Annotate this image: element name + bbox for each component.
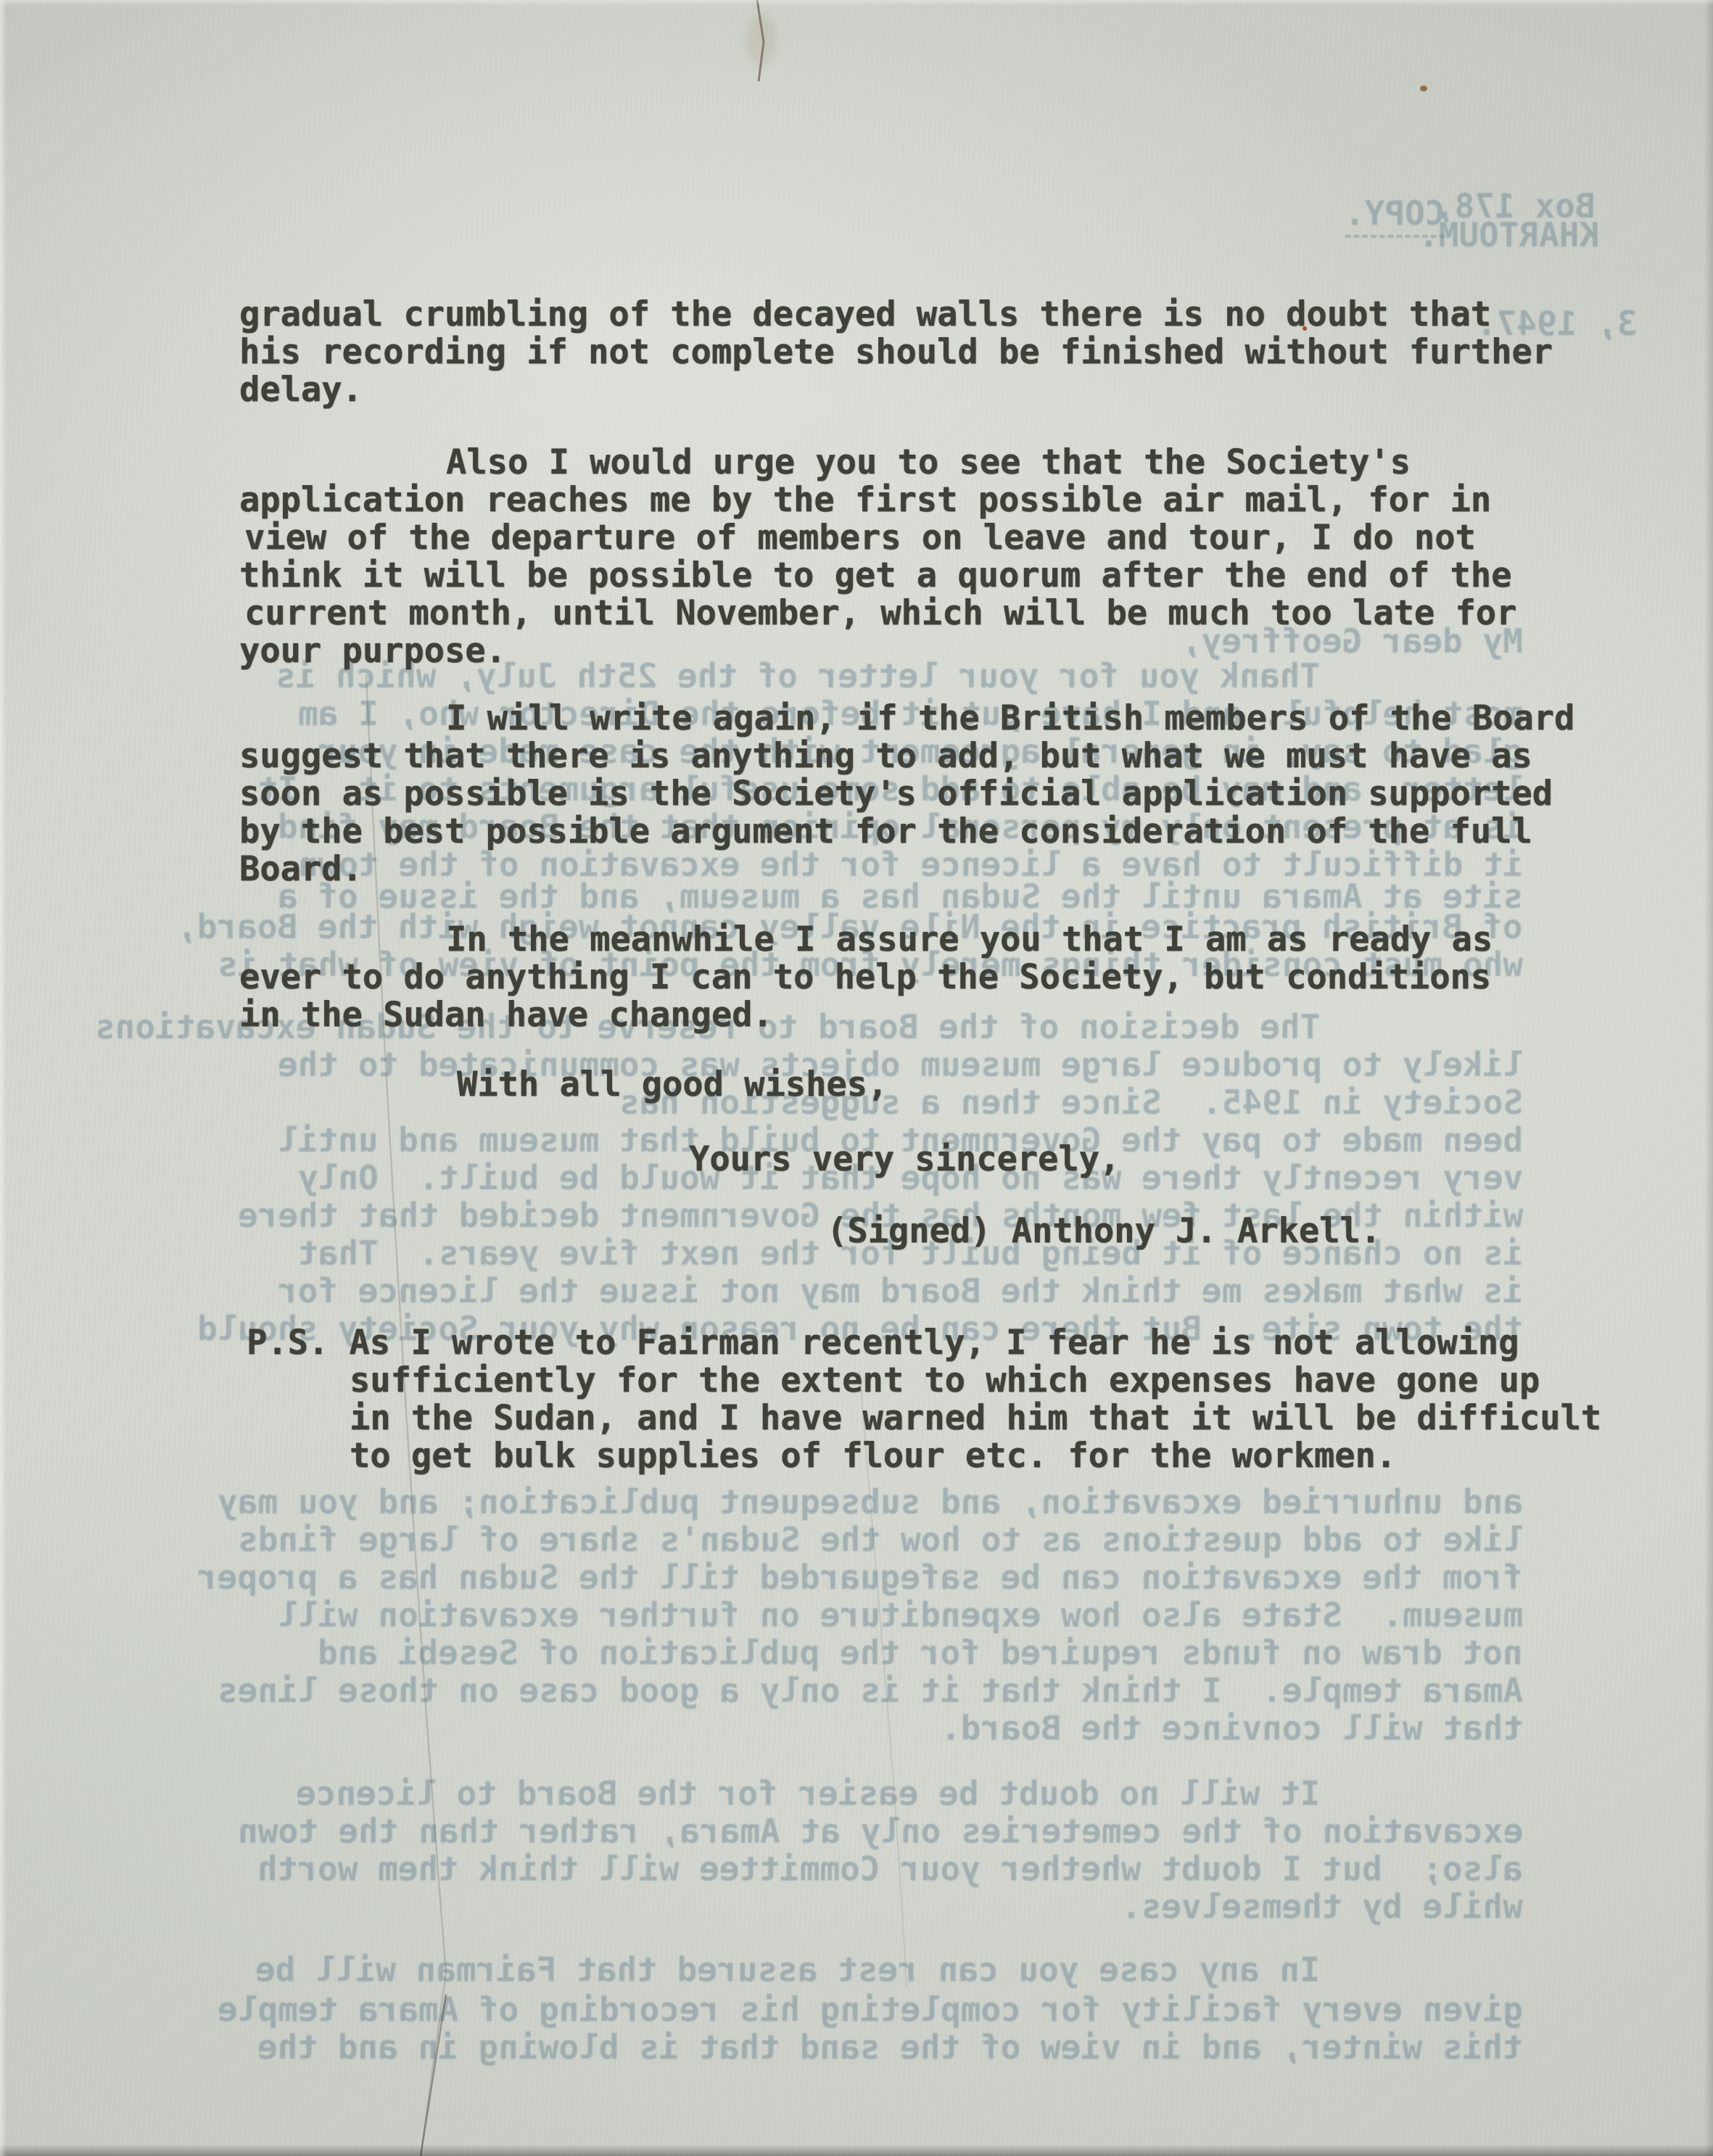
ghost-line: also; but I doubt whether your Committee…	[257, 1850, 1523, 1888]
ghost-line: and unhurried excavation, and subsequent…	[218, 1483, 1523, 1521]
postscript-line: to get bulk supplies of flour etc. for t…	[350, 1437, 1396, 1475]
signature-line: (Signed) Anthony J. Arkell.	[827, 1213, 1381, 1250]
letter-line: think it will be possible to get a quoru…	[239, 557, 1511, 595]
rust-speck	[1420, 86, 1427, 91]
letter-line: Also I would urge you to see that the So…	[446, 444, 1411, 482]
paper-left-edge-highlight	[0, 0, 7, 2156]
postscript-line: in the Sudan, and I have warned him that…	[350, 1400, 1601, 1437]
postscript-line: P.S. As I wrote to Fairman recently, I f…	[247, 1324, 1519, 1362]
letter-line: ever to do anything I can to help the So…	[239, 959, 1491, 996]
closing-signoff: Yours very sincerely,	[689, 1141, 1120, 1178]
ghost-line: It will no doubt be easier for the Board…	[296, 1775, 1320, 1812]
ghost-line: excavation of the cemeteries only at Ama…	[238, 1812, 1523, 1850]
ghost-line: that will convince the Board.	[941, 1709, 1523, 1747]
ghost-line: In any case you can rest assured that Fa…	[255, 1951, 1320, 1988]
letter-line: suggest that there is anything to add, b…	[239, 738, 1532, 775]
letter-line: In the meanwhile I assure you that I am …	[446, 921, 1493, 959]
ghost-line: this winter, and in view of the sand tha…	[257, 2028, 1523, 2066]
letter-line: soon as possible is the Society's offici…	[239, 775, 1553, 813]
letter-line: view of the departure of members on leav…	[244, 519, 1476, 557]
letter-line: delay.	[239, 371, 363, 409]
ghost-line: museum. State also how expenditure on fu…	[278, 1596, 1523, 1634]
ghost-line: not draw on funds required for the publi…	[318, 1634, 1523, 1672]
paper-top-edge-highlight	[0, 0, 1713, 6]
letter-line: application reaches me by the first poss…	[239, 482, 1491, 519]
ghost-city: KHARTOUM.	[1419, 216, 1599, 254]
letter-line: I will write again, if the British membe…	[446, 700, 1574, 738]
ghost-copy-stamp: COPY.	[1345, 194, 1445, 238]
paper-bottom-edge-shadow	[0, 2144, 1713, 2156]
top-stain	[747, 15, 776, 65]
letter-page-scan: Box 178, KHARTOUM. COPY. 3, 1947. My dea…	[0, 0, 1713, 2156]
ghost-line: from the excavation can be safeguarded t…	[197, 1558, 1523, 1596]
letter-line: your purpose.	[239, 632, 506, 670]
letter-line: current month, until November, which wil…	[244, 595, 1516, 632]
paper-right-edge-shadow	[1704, 0, 1713, 2156]
red-ink-dot	[1303, 326, 1307, 331]
letter-line: by the best possible argument for the co…	[239, 813, 1532, 851]
ghost-line: given every facility for completing his …	[218, 1991, 1523, 2028]
closing-wishes: With all good wishes,	[457, 1066, 888, 1104]
postscript-line: sufficiently for the extent to which exp…	[350, 1362, 1540, 1400]
letter-line: in the Sudan have changed.	[239, 996, 773, 1034]
ghost-line: is what makes me think the Board may not…	[278, 1272, 1523, 1310]
ghost-line: like to add questions as to how the Suda…	[238, 1521, 1523, 1558]
letter-line: his recording if not complete should be …	[239, 334, 1553, 371]
letter-line: Board.	[239, 851, 363, 888]
ghost-line: Amara temple. I think that it is only a …	[218, 1672, 1523, 1709]
ghost-line: while by themselves.	[1121, 1888, 1523, 1925]
